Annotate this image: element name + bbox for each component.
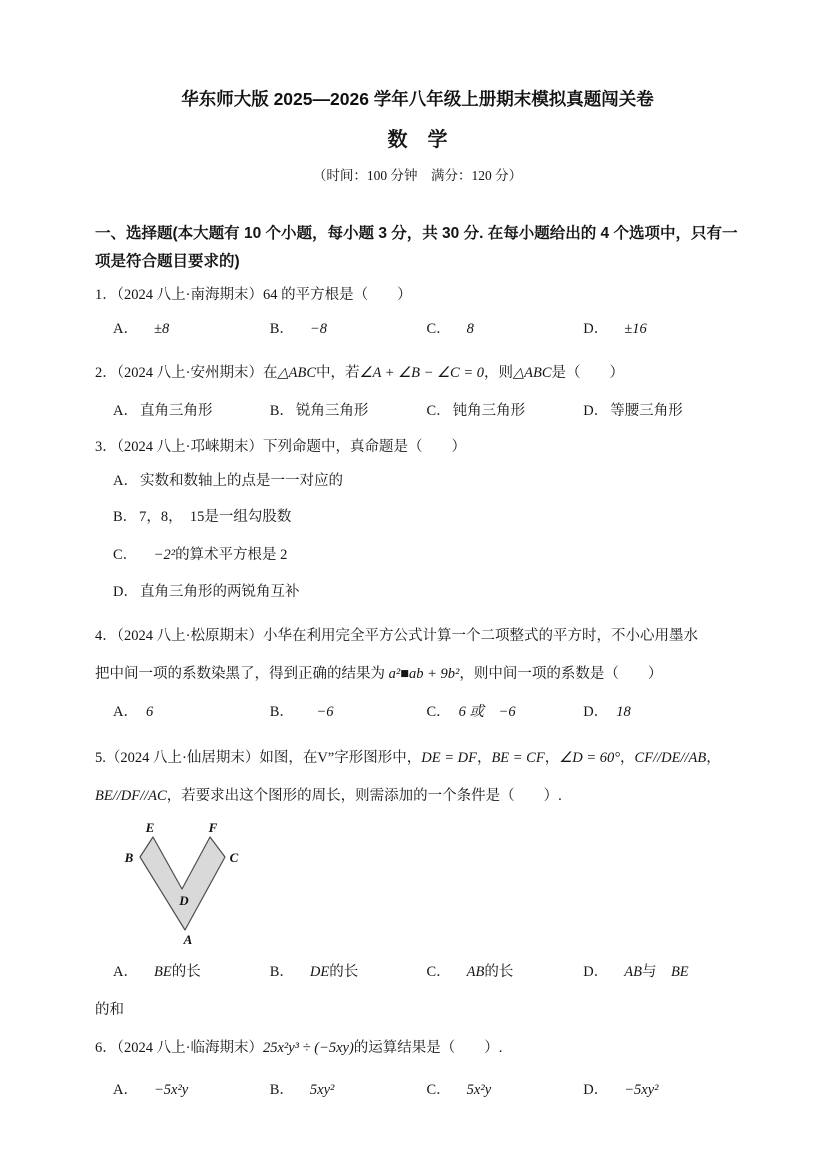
option-value: −2²的算术平方根是 2 [139, 547, 287, 563]
question-2-option-a: A．直角三角形 [113, 400, 270, 422]
question-4-option-a: A．6 [113, 701, 270, 723]
question-5-options: A．BE的长 B．DE的长 C．AB的长 D．AB与 BE [95, 961, 740, 983]
option-label: A． [113, 318, 138, 340]
option-value: ±16 [624, 321, 646, 337]
option-value: ±8 [154, 321, 169, 337]
option-label: D． [583, 318, 608, 340]
option-label: D． [583, 1079, 608, 1101]
option-label: A． [113, 470, 138, 492]
option-label: A． [113, 400, 138, 422]
question-5-option-a: A．BE的长 [113, 961, 270, 983]
option-label: D． [583, 400, 608, 422]
option-label: C． [113, 544, 137, 566]
option-value: AB的长 [467, 964, 514, 980]
figure-label-c: C [230, 850, 239, 865]
question-3-option-a: A．实数和数轴上的点是一一对应的 [95, 470, 740, 492]
option-label: C． [427, 400, 451, 422]
option-value: 锐角三角形 [296, 403, 369, 419]
figure-label-e: E [145, 820, 155, 835]
option-label: C． [427, 701, 451, 723]
exam-meta-info: （时间：100 分钟 满分：120 分） [95, 166, 740, 186]
question-3-text: 3．（2024 八上·邛崃期末）下列命题中，真命题是（ ） [95, 436, 740, 458]
option-value: −5xy² [624, 1082, 658, 1098]
option-value: 等腰三角形 [610, 403, 683, 419]
option-value: 6 或 −6 [459, 704, 516, 720]
question-5-text-line1: 5.（2024 八上·仙居期末）如图，在V”字形图形中，DE = DF，BE =… [95, 739, 740, 777]
question-4-option-d: D．18 [583, 701, 740, 723]
exam-title: 华东师大版 2025—2026 学年八年级上册期末模拟真题闯关卷 [95, 86, 740, 112]
option-label: A． [113, 961, 138, 983]
option-value: DE的长 [310, 964, 358, 980]
option-value: 8 [467, 321, 474, 337]
question-1-option-a: A．±8 [113, 318, 270, 340]
question-1-option-b: B．−8 [270, 318, 427, 340]
page-content: 华东师大版 2025—2026 学年八年级上册期末模拟真题闯关卷 数 学 （时间… [0, 0, 827, 1101]
option-label: B． [270, 400, 294, 422]
question-5-option-d-continuation: 的和 [95, 999, 740, 1021]
question-2-option-d: D．等腰三角形 [583, 400, 740, 422]
question-2-option-c: C．钝角三角形 [427, 400, 584, 422]
option-value: −5x²y [154, 1082, 188, 1098]
figure-label-f: F [208, 820, 218, 835]
question-2-option-b: B．锐角三角形 [270, 400, 427, 422]
option-label: C． [427, 318, 451, 340]
question-4-option-b: B． −6 [270, 701, 427, 723]
exam-paper-page: 华东师大版 2025—2026 学年八年级上册期末模拟真题闯关卷 数 学 （时间… [0, 0, 827, 1169]
option-value: 实数和数轴上的点是一一对应的 [140, 473, 343, 489]
option-value: 钝角三角形 [453, 403, 526, 419]
question-6-option-c: C．5x²y [427, 1079, 584, 1101]
option-value: AB与 BE [624, 964, 688, 980]
option-label: A． [113, 1079, 138, 1101]
v-shape-polygon [140, 837, 225, 930]
question-1-option-d: D．±16 [583, 318, 740, 340]
question-5-text-line2: BE//DF//AC，若要求出这个图形的周长，则需添加的一个条件是（ ）. [95, 777, 740, 815]
question-4-option-c: C．6 或 −6 [427, 701, 584, 723]
question-1-text: 1．（2024 八上·南海期末）64 的平方根是（ ） [95, 284, 740, 306]
option-label: A． [113, 701, 138, 723]
question-6-option-b: B．5xy² [270, 1079, 427, 1101]
question-5-figure: E F B C D A [100, 817, 740, 949]
option-value: 6 [146, 704, 153, 720]
option-label: B． [270, 701, 294, 723]
question-6-options: A．−5x²y B．5xy² C．5x²y D．−5xy² [95, 1079, 740, 1101]
option-value: 5x²y [467, 1082, 491, 1098]
option-value: BE的长 [154, 964, 201, 980]
option-value: 直角三角形 [140, 403, 213, 419]
question-1-option-c: C．8 [427, 318, 584, 340]
v-shape-figure-svg: E F B C D A [100, 817, 250, 949]
question-3-option-d: D．直角三角形的两锐角互补 [95, 581, 740, 603]
figure-label-b: B [124, 850, 134, 865]
question-6-option-d: D．−5xy² [583, 1079, 740, 1101]
option-label: D． [113, 581, 138, 603]
question-4-options: A．6 B． −6 C．6 或 −6 D．18 [95, 701, 740, 723]
figure-label-d: D [178, 893, 189, 908]
option-value: 18 [616, 704, 631, 720]
option-value: 7，8， 15是一组勾股数 [139, 509, 291, 525]
question-4-text-line1: 4．（2024 八上·松原期末）小华在利用完全平方公式计算一个二项整式的平方时，… [95, 617, 740, 655]
option-value: −8 [310, 321, 327, 337]
section-one-heading: 一、选择题(本大题有 10 个小题，每小题 3 分，共 30 分. 在每小题给出… [95, 220, 740, 276]
question-6-text: 6．（2024 八上·临海期末）25x²y³ ÷ (−5xy)的运算结果是（ ）… [95, 1037, 740, 1059]
option-label: B． [113, 506, 137, 528]
question-3-option-c: C． −2²的算术平方根是 2 [95, 544, 740, 566]
option-label: D． [583, 701, 608, 723]
question-2-text: 2．（2024 八上·安州期末）在△ABC中，若∠A + ∠B − ∠C = 0… [95, 362, 740, 384]
figure-label-a: A [183, 932, 193, 947]
exam-subject: 数 学 [95, 126, 740, 154]
question-6-option-a: A．−5x²y [113, 1079, 270, 1101]
option-label: C． [427, 1079, 451, 1101]
option-label: B． [270, 1079, 294, 1101]
question-1-options: A．±8 B．−8 C．8 D．±16 [95, 318, 740, 340]
question-4-text-line2: 把中间一项的系数染黑了，得到正确的结果为 a²■ab + 9b²，则中间一项的系… [95, 655, 740, 693]
question-5-option-d: D．AB与 BE [583, 961, 740, 983]
question-5-option-b: B．DE的长 [270, 961, 427, 983]
question-3-option-b: B．7，8， 15是一组勾股数 [95, 506, 740, 528]
option-value: 5xy² [310, 1082, 334, 1098]
option-label: D． [583, 961, 608, 983]
question-5-option-c: C．AB的长 [427, 961, 584, 983]
option-label: B． [270, 318, 294, 340]
option-value: −6 [302, 704, 334, 720]
option-label: C． [427, 961, 451, 983]
option-label: B． [270, 961, 294, 983]
question-2-options: A．直角三角形 B．锐角三角形 C．钝角三角形 D．等腰三角形 [95, 400, 740, 422]
option-value: 直角三角形的两锐角互补 [140, 584, 300, 600]
